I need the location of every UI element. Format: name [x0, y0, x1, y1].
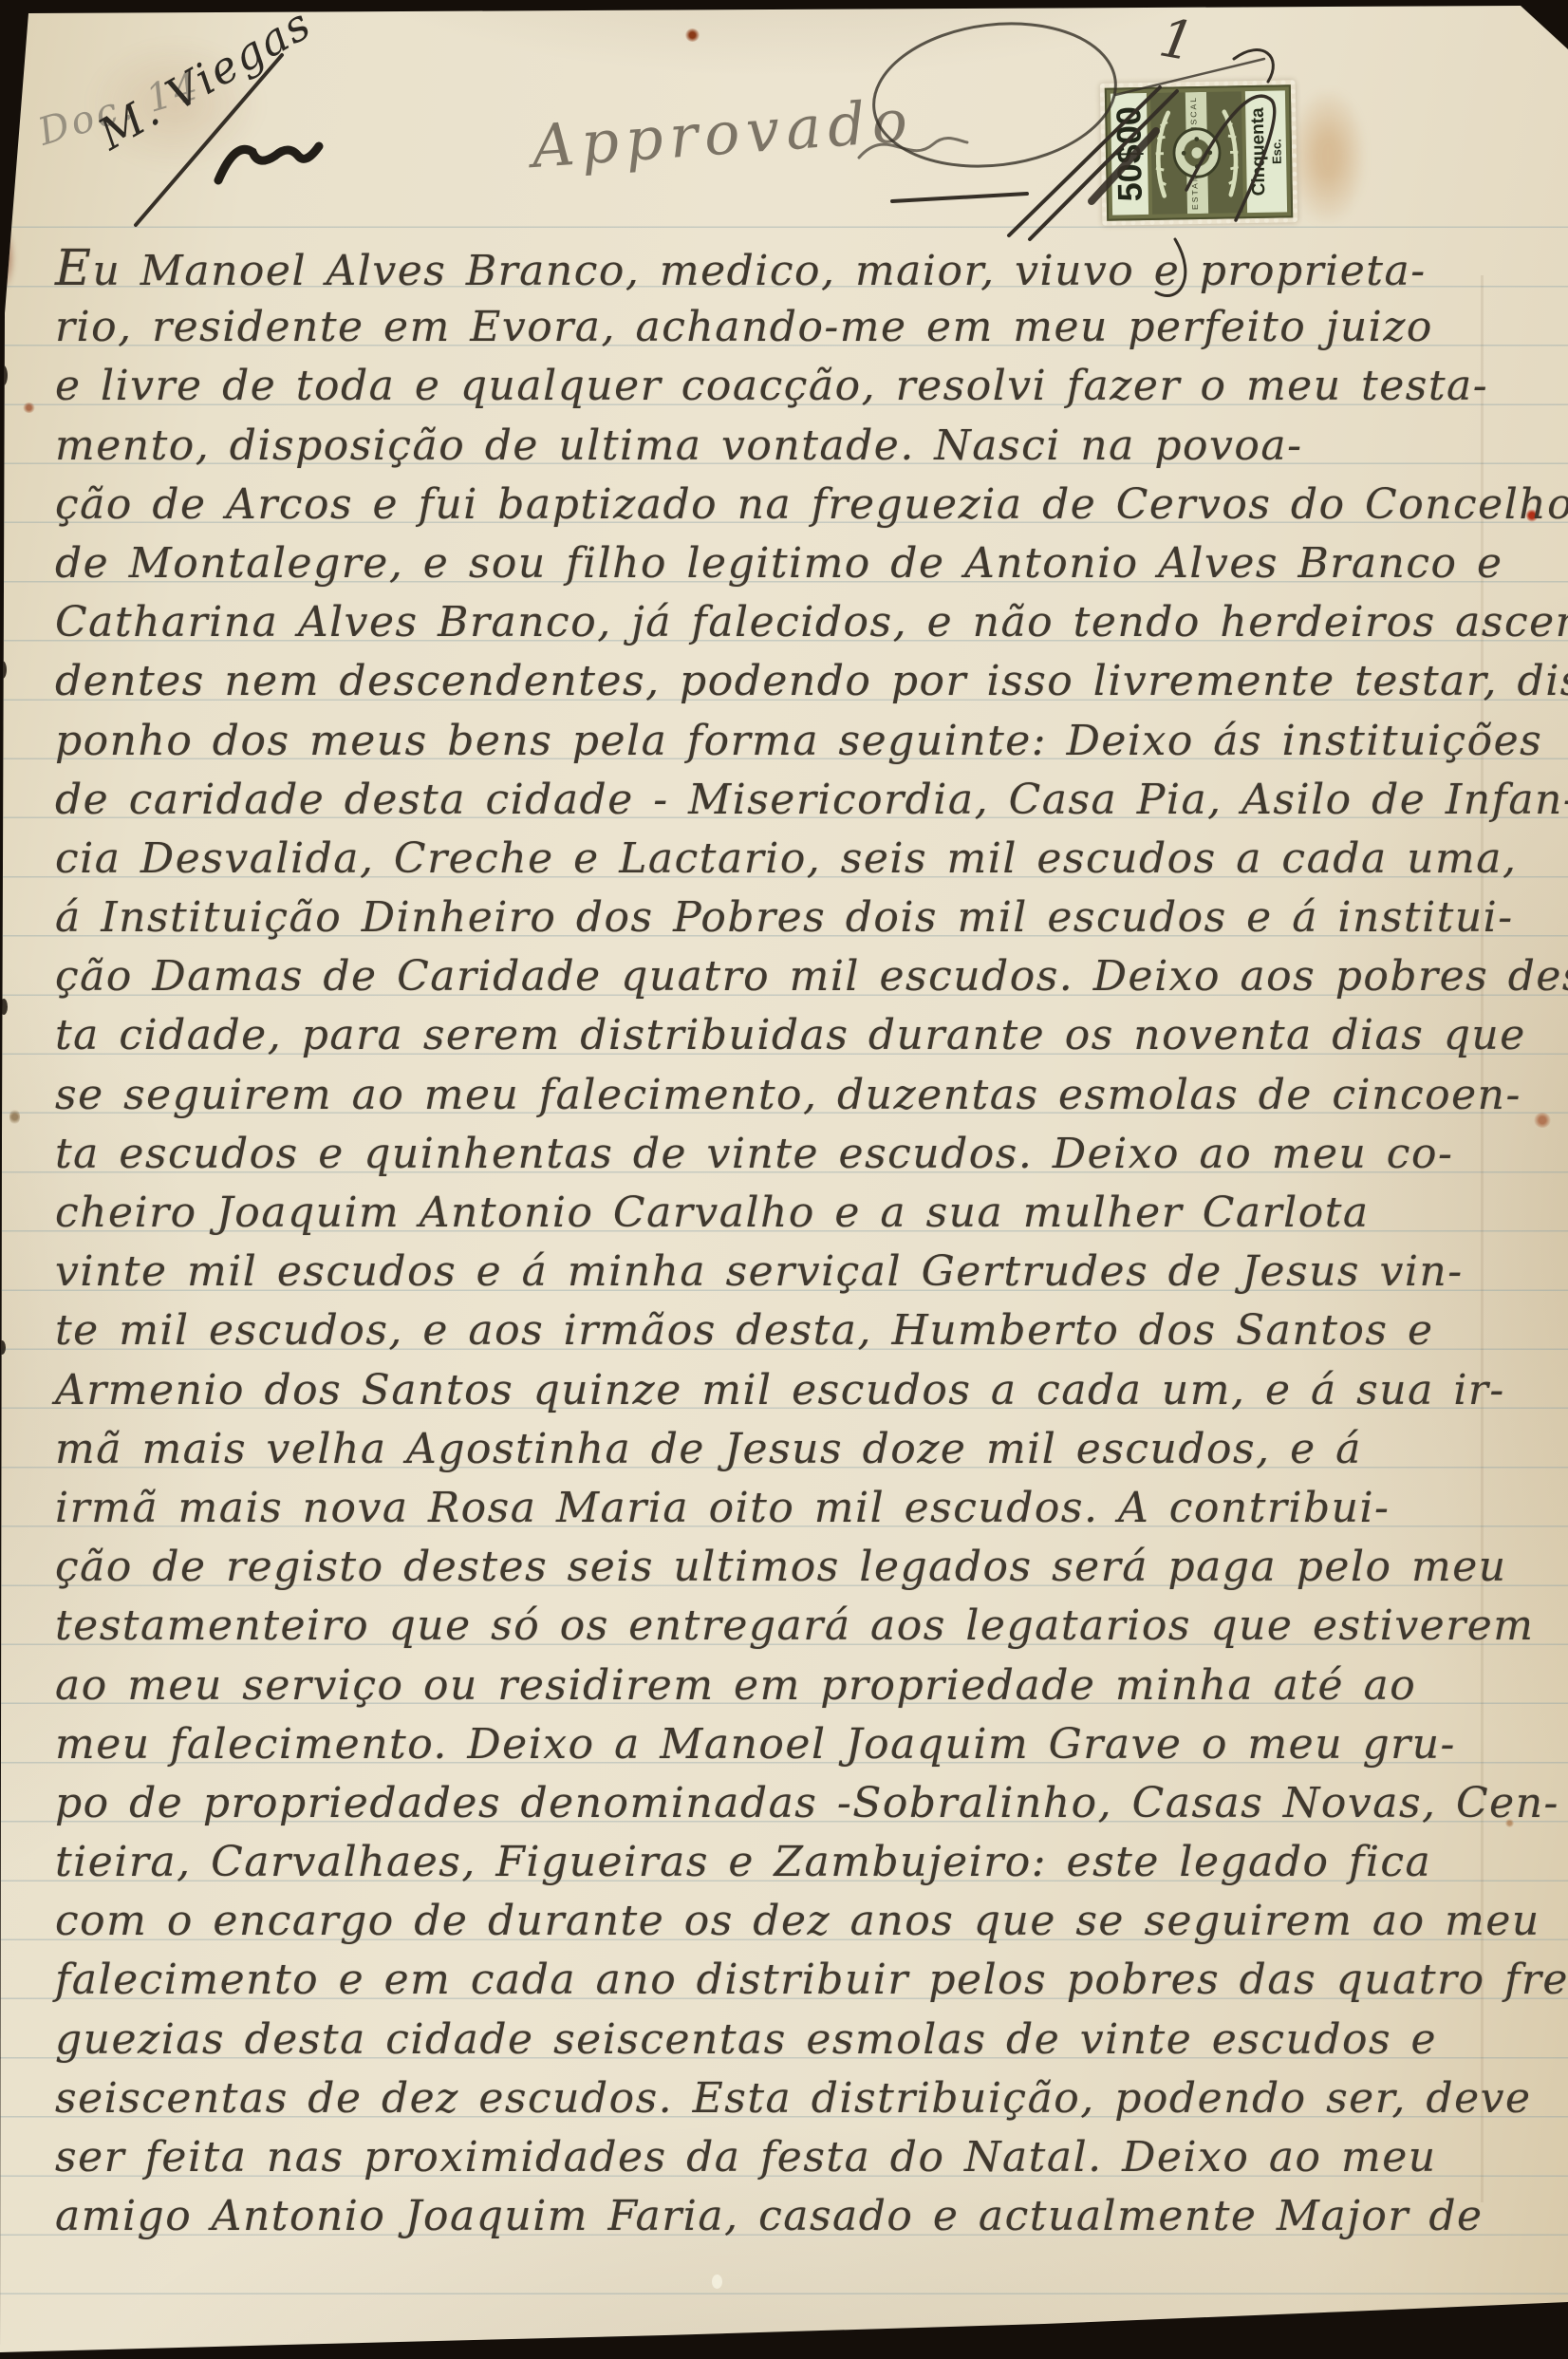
- manuscript-line: ta escudos e quinhentas de vinte escudos…: [55, 1125, 1521, 1184]
- manuscript-line: tieira, Carvalhaes, Figueiras e Zambujei…: [55, 1833, 1521, 1892]
- paper-sheet: Doc. 14 M. Viegas Approvado 1 50$00 ESTA…: [0, 0, 1568, 2359]
- document-photo: Doc. 14 M. Viegas Approvado 1 50$00 ESTA…: [0, 0, 1568, 2359]
- manuscript: Eu Manoel Alves Branco, medico, maior, v…: [55, 239, 1521, 2246]
- manuscript-line: ta cidade, para serem distribuidas duran…: [55, 1006, 1521, 1065]
- paper-chip: [712, 2275, 722, 2289]
- manuscript-line: ao meu serviço ou residirem em proprieda…: [55, 1657, 1521, 1715]
- manuscript-line: amigo Antonio Joaquim Faria, casado e ac…: [55, 2187, 1521, 2246]
- manuscript-line: dentes nem descendentes, podendo por iss…: [55, 652, 1521, 711]
- foxing-spot: [9, 1109, 20, 1125]
- manuscript-line: meu falecimento. Deixo a Manoel Joaquim …: [55, 1715, 1521, 1774]
- manuscript-line: mento, disposição de ultima vontade. Nas…: [55, 417, 1521, 476]
- manuscript-line: seiscentas de dez escudos. Esta distribu…: [55, 2069, 1521, 2128]
- stamp-denomination-unit: Esc.: [1269, 139, 1283, 164]
- manuscript-line: testamenteiro que só os entregará aos le…: [55, 1597, 1521, 1656]
- manuscript-line: vinte mil escudos e á minha serviçal Ger…: [55, 1243, 1521, 1301]
- manuscript-line: Catharina Alves Branco, já falecidos, e …: [55, 593, 1521, 652]
- foxing-spot: [23, 403, 35, 413]
- stamp-denomination-panel: Cinquenta Esc.: [1245, 90, 1287, 213]
- foxing-spot: [1534, 1113, 1551, 1128]
- manuscript-line: po de propriedades denominadas -Sobralin…: [55, 1774, 1521, 1833]
- stamp-crest: ESTAMPILHA FISCAL: [1150, 91, 1243, 215]
- manuscript-line: Armenio dos Santos quinze mil escudos a …: [55, 1361, 1521, 1420]
- coat-of-arms-icon: ESTAMPILHA FISCAL: [1150, 91, 1243, 215]
- manuscript-line: guezias desta cidade seiscentas esmolas …: [55, 2011, 1521, 2069]
- manuscript-line: ponho dos meus bens pela forma seguinte:…: [55, 712, 1521, 771]
- fiscal-stamp: 50$00 ESTAMPILHA FISCAL: [1100, 80, 1298, 226]
- manuscript-line: de caridade desta cidade - Misericordia,…: [55, 771, 1521, 830]
- foxing-spot: [685, 28, 700, 42]
- manuscript-line: de Montalegre, e sou filho legitimo de A…: [55, 534, 1521, 593]
- manuscript-line: te mil escudos, e aos irmãos desta, Humb…: [55, 1301, 1521, 1360]
- manuscript-line: rio, residente em Evora, achando-me em m…: [55, 298, 1521, 357]
- manuscript-line: Eu Manoel Alves Branco, medico, maior, v…: [55, 239, 1521, 298]
- manuscript-line: se seguirem ao meu falecimento, duzentas…: [55, 1066, 1521, 1125]
- manuscript-line: ção de registo destes seis ultimos legad…: [55, 1538, 1521, 1597]
- tape-stain: [1291, 91, 1365, 222]
- manuscript-line: falecimento e em cada ano distribuir pel…: [55, 1951, 1521, 2010]
- page-number: 1: [1155, 7, 1199, 73]
- edge-nick: [0, 999, 8, 1015]
- manuscript-line: ção Damas de Caridade quatro mil escudos…: [55, 947, 1521, 1006]
- stamp-frame: 50$00 ESTAMPILHA FISCAL: [1105, 84, 1293, 220]
- manuscript-line: irmã mais nova Rosa Maria oito mil escud…: [55, 1479, 1521, 1538]
- manuscript-line: ção de Arcos e fui baptizado na freguezi…: [55, 476, 1521, 534]
- manuscript-line: ser feita nas proximidades da festa do N…: [55, 2128, 1521, 2187]
- approval-annotation: Approvado: [530, 85, 916, 181]
- manuscript-line: mã mais velha Agostinha de Jesus doze mi…: [55, 1420, 1521, 1479]
- stamp-denomination-word: Cinquenta: [1248, 107, 1271, 196]
- manuscript-line: e livre de toda e qualquer coacção, reso…: [55, 357, 1521, 416]
- manuscript-line: com o encargo de durante os dez anos que…: [55, 1892, 1521, 1951]
- manuscript-line: cheiro Joaquim Antonio Carvalho e a sua …: [55, 1184, 1521, 1243]
- stamp-value-text: 50$00: [1111, 106, 1148, 202]
- stamp-value-panel: 50$00: [1111, 93, 1148, 215]
- manuscript-line: cia Desvalida, Creche e Lactario, seis m…: [55, 830, 1521, 889]
- manuscript-line: á Instituição Dinheiro dos Pobres dois m…: [55, 889, 1521, 947]
